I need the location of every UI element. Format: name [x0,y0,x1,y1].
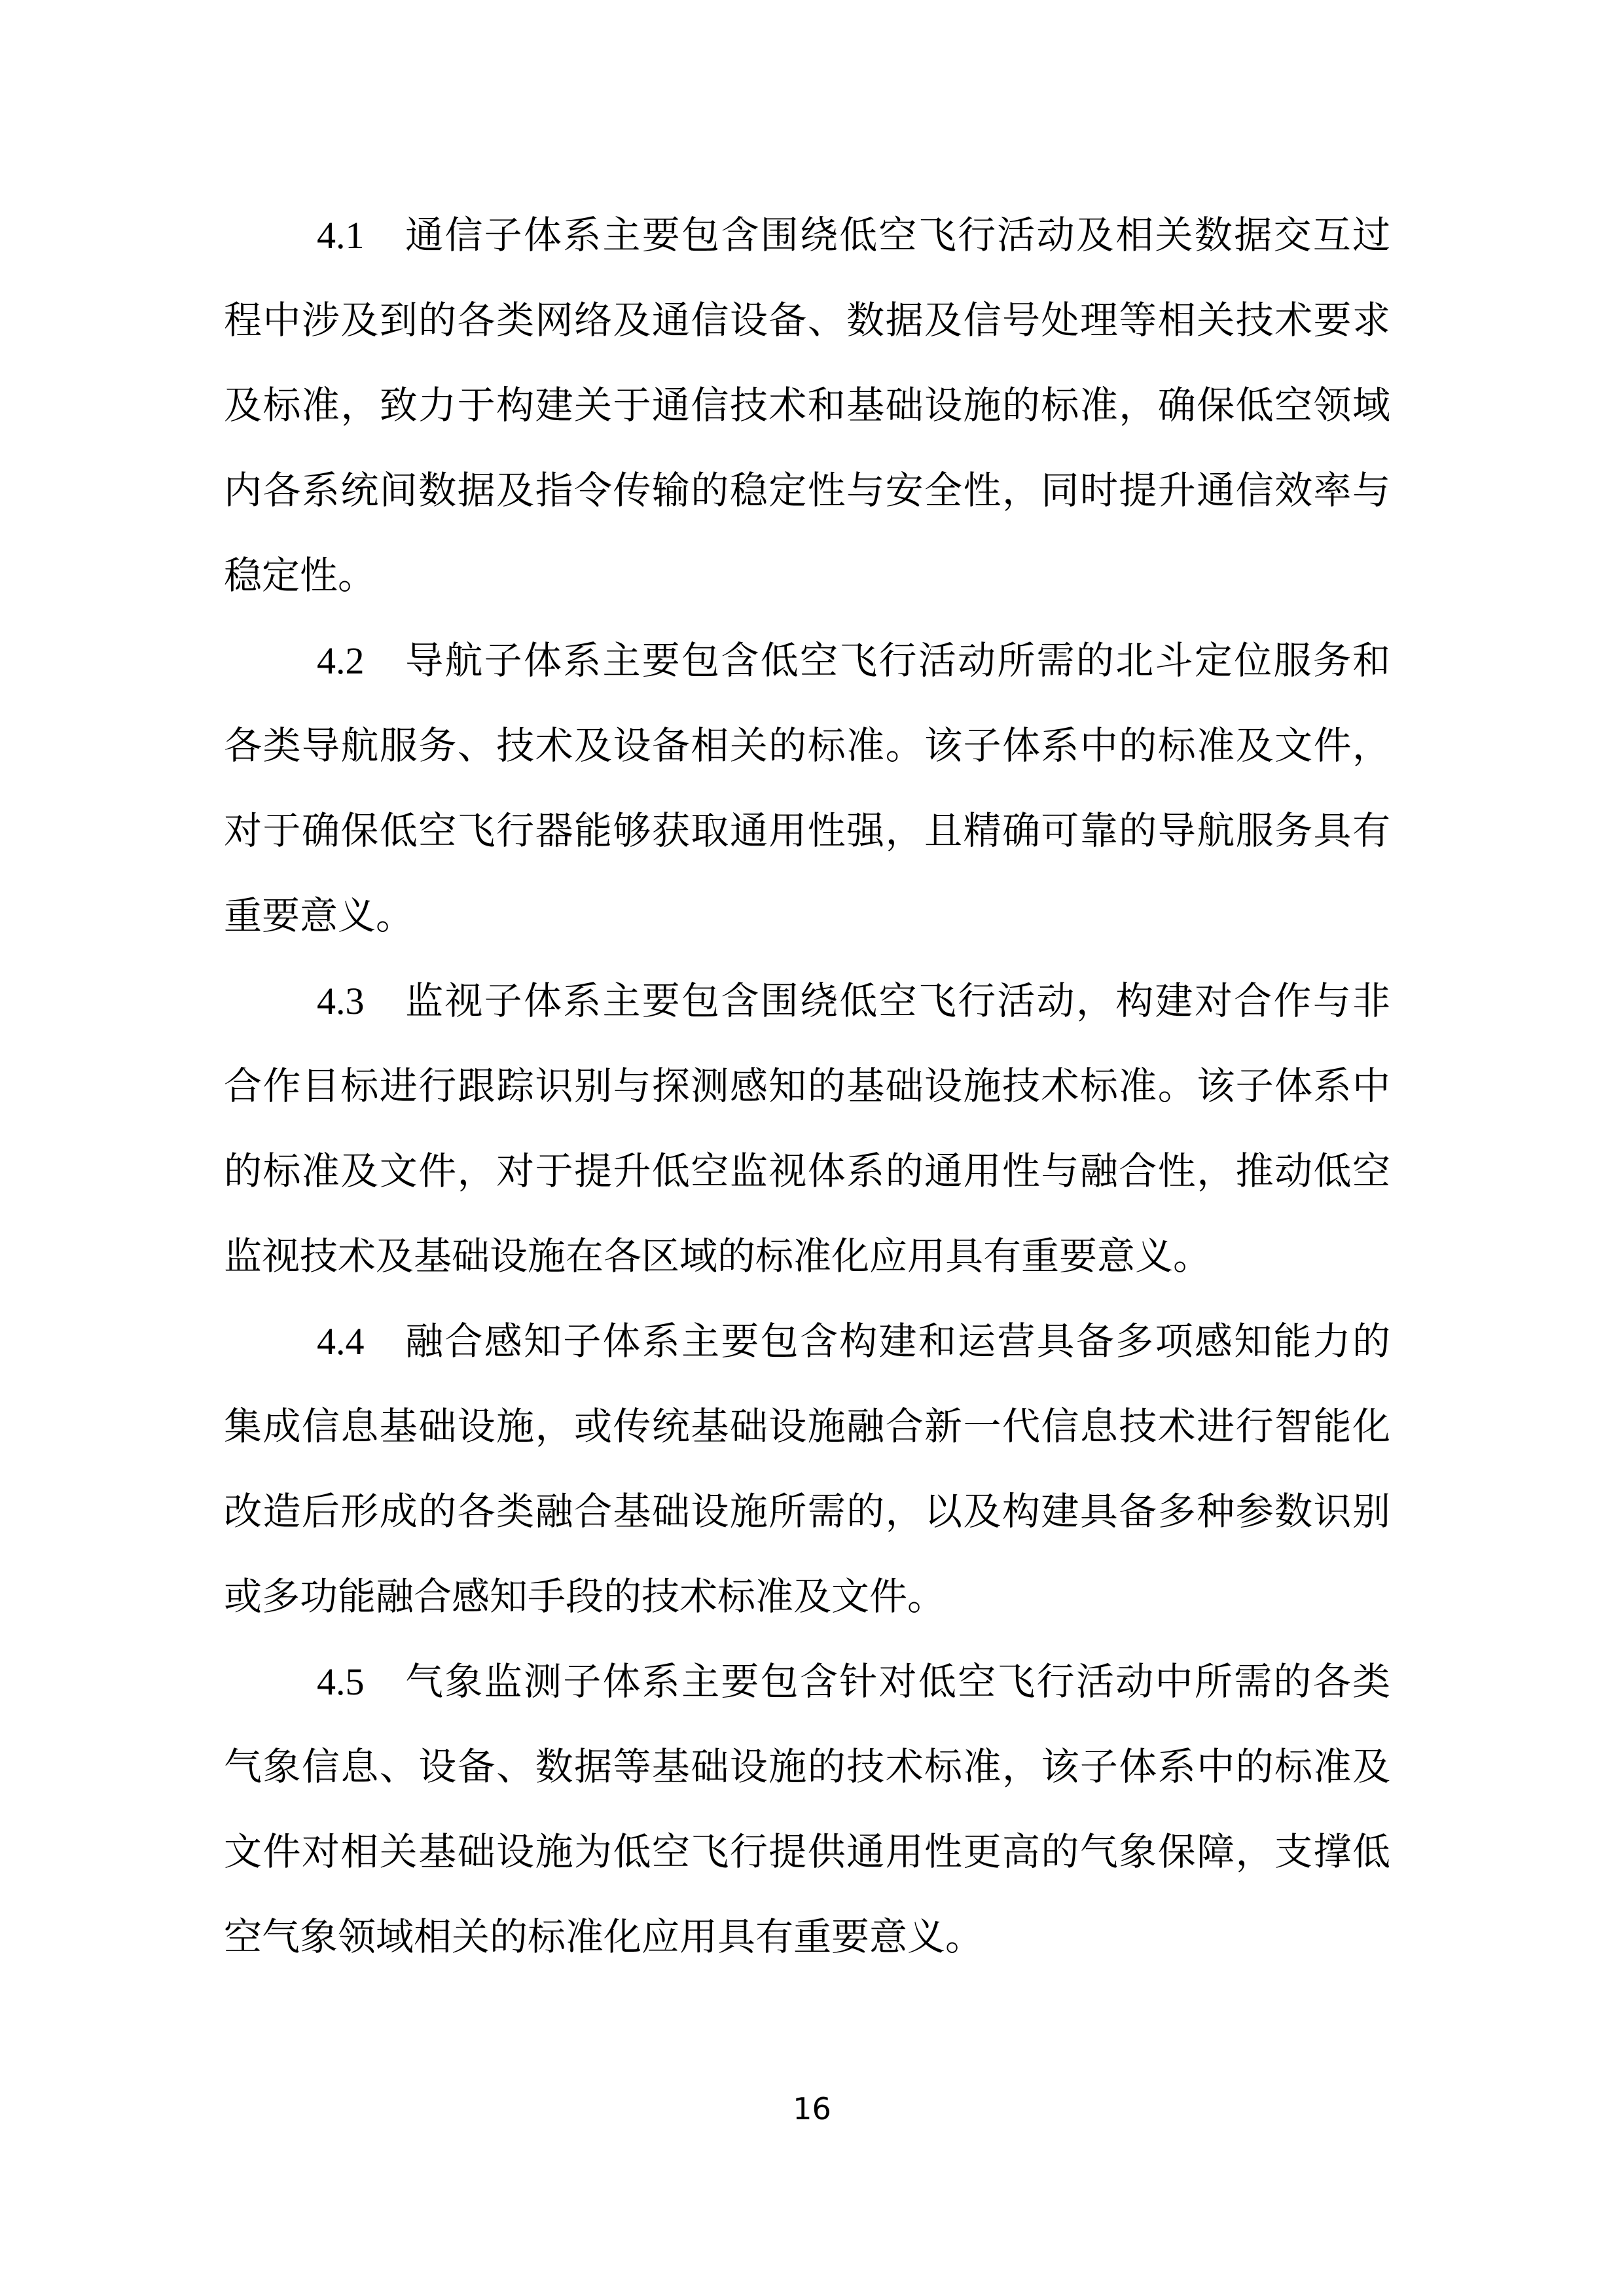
text-line-4.4-3: 改造后形成的各类融合基础设施所需的，以及构建具备多种参数识别 [224,1469,1390,1554]
text-line-4.5-3: 文件对相关基础设施为低空飞行提供通用性更高的气象保障，支撑低 [224,1810,1390,1895]
text-line-4.4-1: 4.4 融合感知子体系主要包含构建和运营具备多项感知能力的 [224,1299,1390,1384]
text-line-4.1-4: 内各系统间数据及指令传输的稳定性与安全性，同时提升通信效率与 [224,448,1390,533]
text-line-4.4-2: 集成信息基础设施，或传统基础设施融合新一代信息技术进行智能化 [224,1384,1390,1469]
text-line-4.5-2: 气象信息、设备、数据等基础设施的技术标准，该子体系中的标准及 [224,1725,1390,1810]
text-line-4.2-1: 4.2 导航子体系主要包含低空飞行活动所需的北斗定位服务和 [224,619,1390,704]
text-line-4.1-5: 稳定性。 [224,533,1390,619]
text-line-4.2-2: 各类导航服务、技术及设备相关的标准。该子体系中的标准及文件， [224,704,1390,789]
text-line-4.4-4: 或多功能融合感知手段的技术标准及文件。 [224,1554,1390,1640]
text-line-4.5-1: 4.5 气象监测子体系主要包含针对低空飞行活动中所需的各类 [224,1640,1390,1725]
document-page: 4.1 通信子体系主要包含围绕低空飞行活动及相关数据交互过程中涉及到的各类网络及… [0,0,1624,2296]
text-line-4.3-4: 监视技术及基础设施在各区域的标准化应用具有重要意义。 [224,1214,1390,1299]
text-line-4.3-2: 合作目标进行跟踪识别与探测感知的基础设施技术标准。该子体系中 [224,1044,1390,1129]
page-number: 16 [0,2089,1624,2128]
text-line-4.1-1: 4.1 通信子体系主要包含围绕低空飞行活动及相关数据交互过 [224,193,1390,278]
text-line-4.2-3: 对于确保低空飞行器能够获取通用性强，且精确可靠的导航服务具有 [224,789,1390,874]
text-line-4.1-2: 程中涉及到的各类网络及通信设备、数据及信号处理等相关技术要求 [224,278,1390,363]
document-body: 4.1 通信子体系主要包含围绕低空飞行活动及相关数据交互过程中涉及到的各类网络及… [224,193,1390,1980]
text-line-4.1-3: 及标准，致力于构建关于通信技术和基础设施的标准，确保低空领域 [224,363,1390,448]
text-line-4.5-4: 空气象领域相关的标准化应用具有重要意义。 [224,1895,1390,1980]
text-line-4.3-1: 4.3 监视子体系主要包含围绕低空飞行活动，构建对合作与非 [224,959,1390,1044]
text-line-4.3-3: 的标准及文件，对于提升低空监视体系的通用性与融合性，推动低空 [224,1129,1390,1214]
text-line-4.2-4: 重要意义。 [224,874,1390,959]
